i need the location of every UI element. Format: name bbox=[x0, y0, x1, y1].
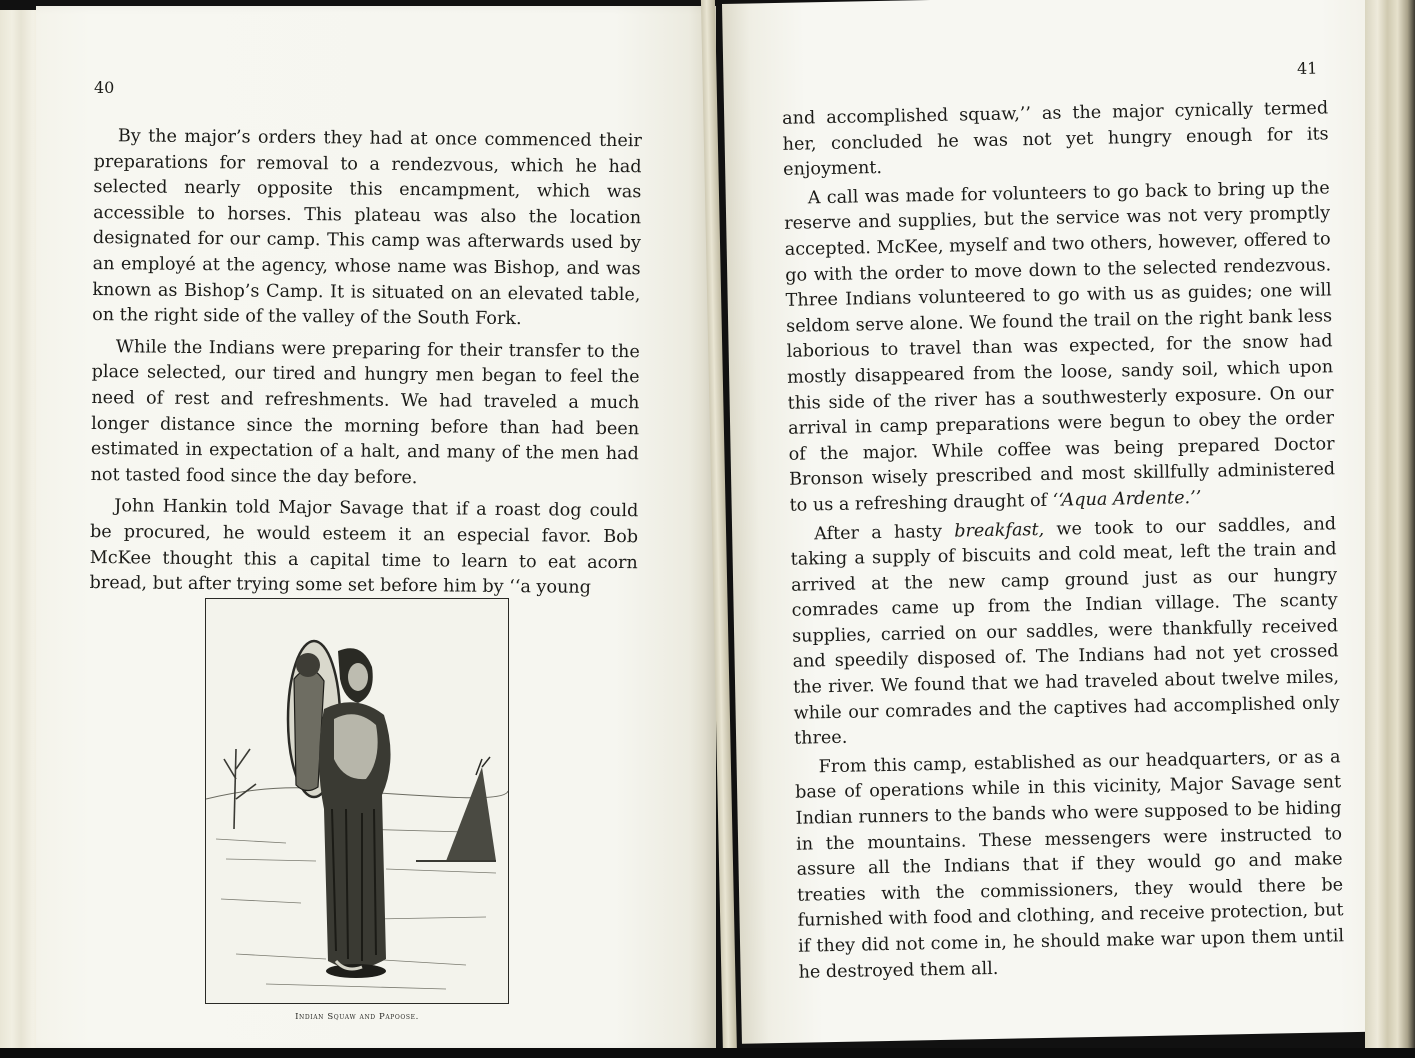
paragraph: and accomplished squaw,’’ as the major c… bbox=[782, 96, 1329, 183]
paragraph: A call was made for volunteers to go bac… bbox=[784, 176, 1336, 519]
right-page-number: 41 bbox=[1297, 59, 1318, 78]
paragraph-text: A call was made for volunteers to go bac… bbox=[784, 178, 1335, 516]
right-page-edges bbox=[1365, 0, 1415, 1058]
right-page-text: and accomplished squaw,’’ as the major c… bbox=[782, 96, 1345, 989]
figure-caption: Indian Squaw and Papoose. bbox=[205, 1012, 509, 1022]
illustration-squaw-and-papoose bbox=[205, 598, 509, 1004]
engraving-illustration bbox=[206, 599, 508, 1003]
scan-background-bottom bbox=[0, 1048, 1415, 1058]
paragraph: While the Indians were preparing for the… bbox=[91, 335, 640, 494]
right-page: 41 and accomplished squaw,’’ as the majo… bbox=[722, 0, 1415, 1044]
italic-phrase: ‘‘Aqua Ardente.’’ bbox=[1052, 488, 1201, 511]
paragraph: From this camp, established as our headq… bbox=[794, 745, 1344, 986]
paragraph: By the major’s orders they had at once c… bbox=[92, 124, 642, 334]
left-page-number: 40 bbox=[94, 78, 114, 97]
italic-word: breakfast, bbox=[954, 519, 1044, 541]
paragraph-text: After a hasty bbox=[814, 521, 954, 544]
paragraph-text: we took to our saddles, and taking a sup… bbox=[790, 514, 1339, 749]
paragraph: John Hankin told Major Savage that if a … bbox=[89, 494, 638, 602]
left-page-text: By the major’s orders they had at once c… bbox=[89, 124, 642, 608]
book-spread: 40 By the major’s orders they had at onc… bbox=[0, 0, 1415, 1058]
paragraph: After a hasty breakfast, we took to our … bbox=[790, 512, 1340, 753]
